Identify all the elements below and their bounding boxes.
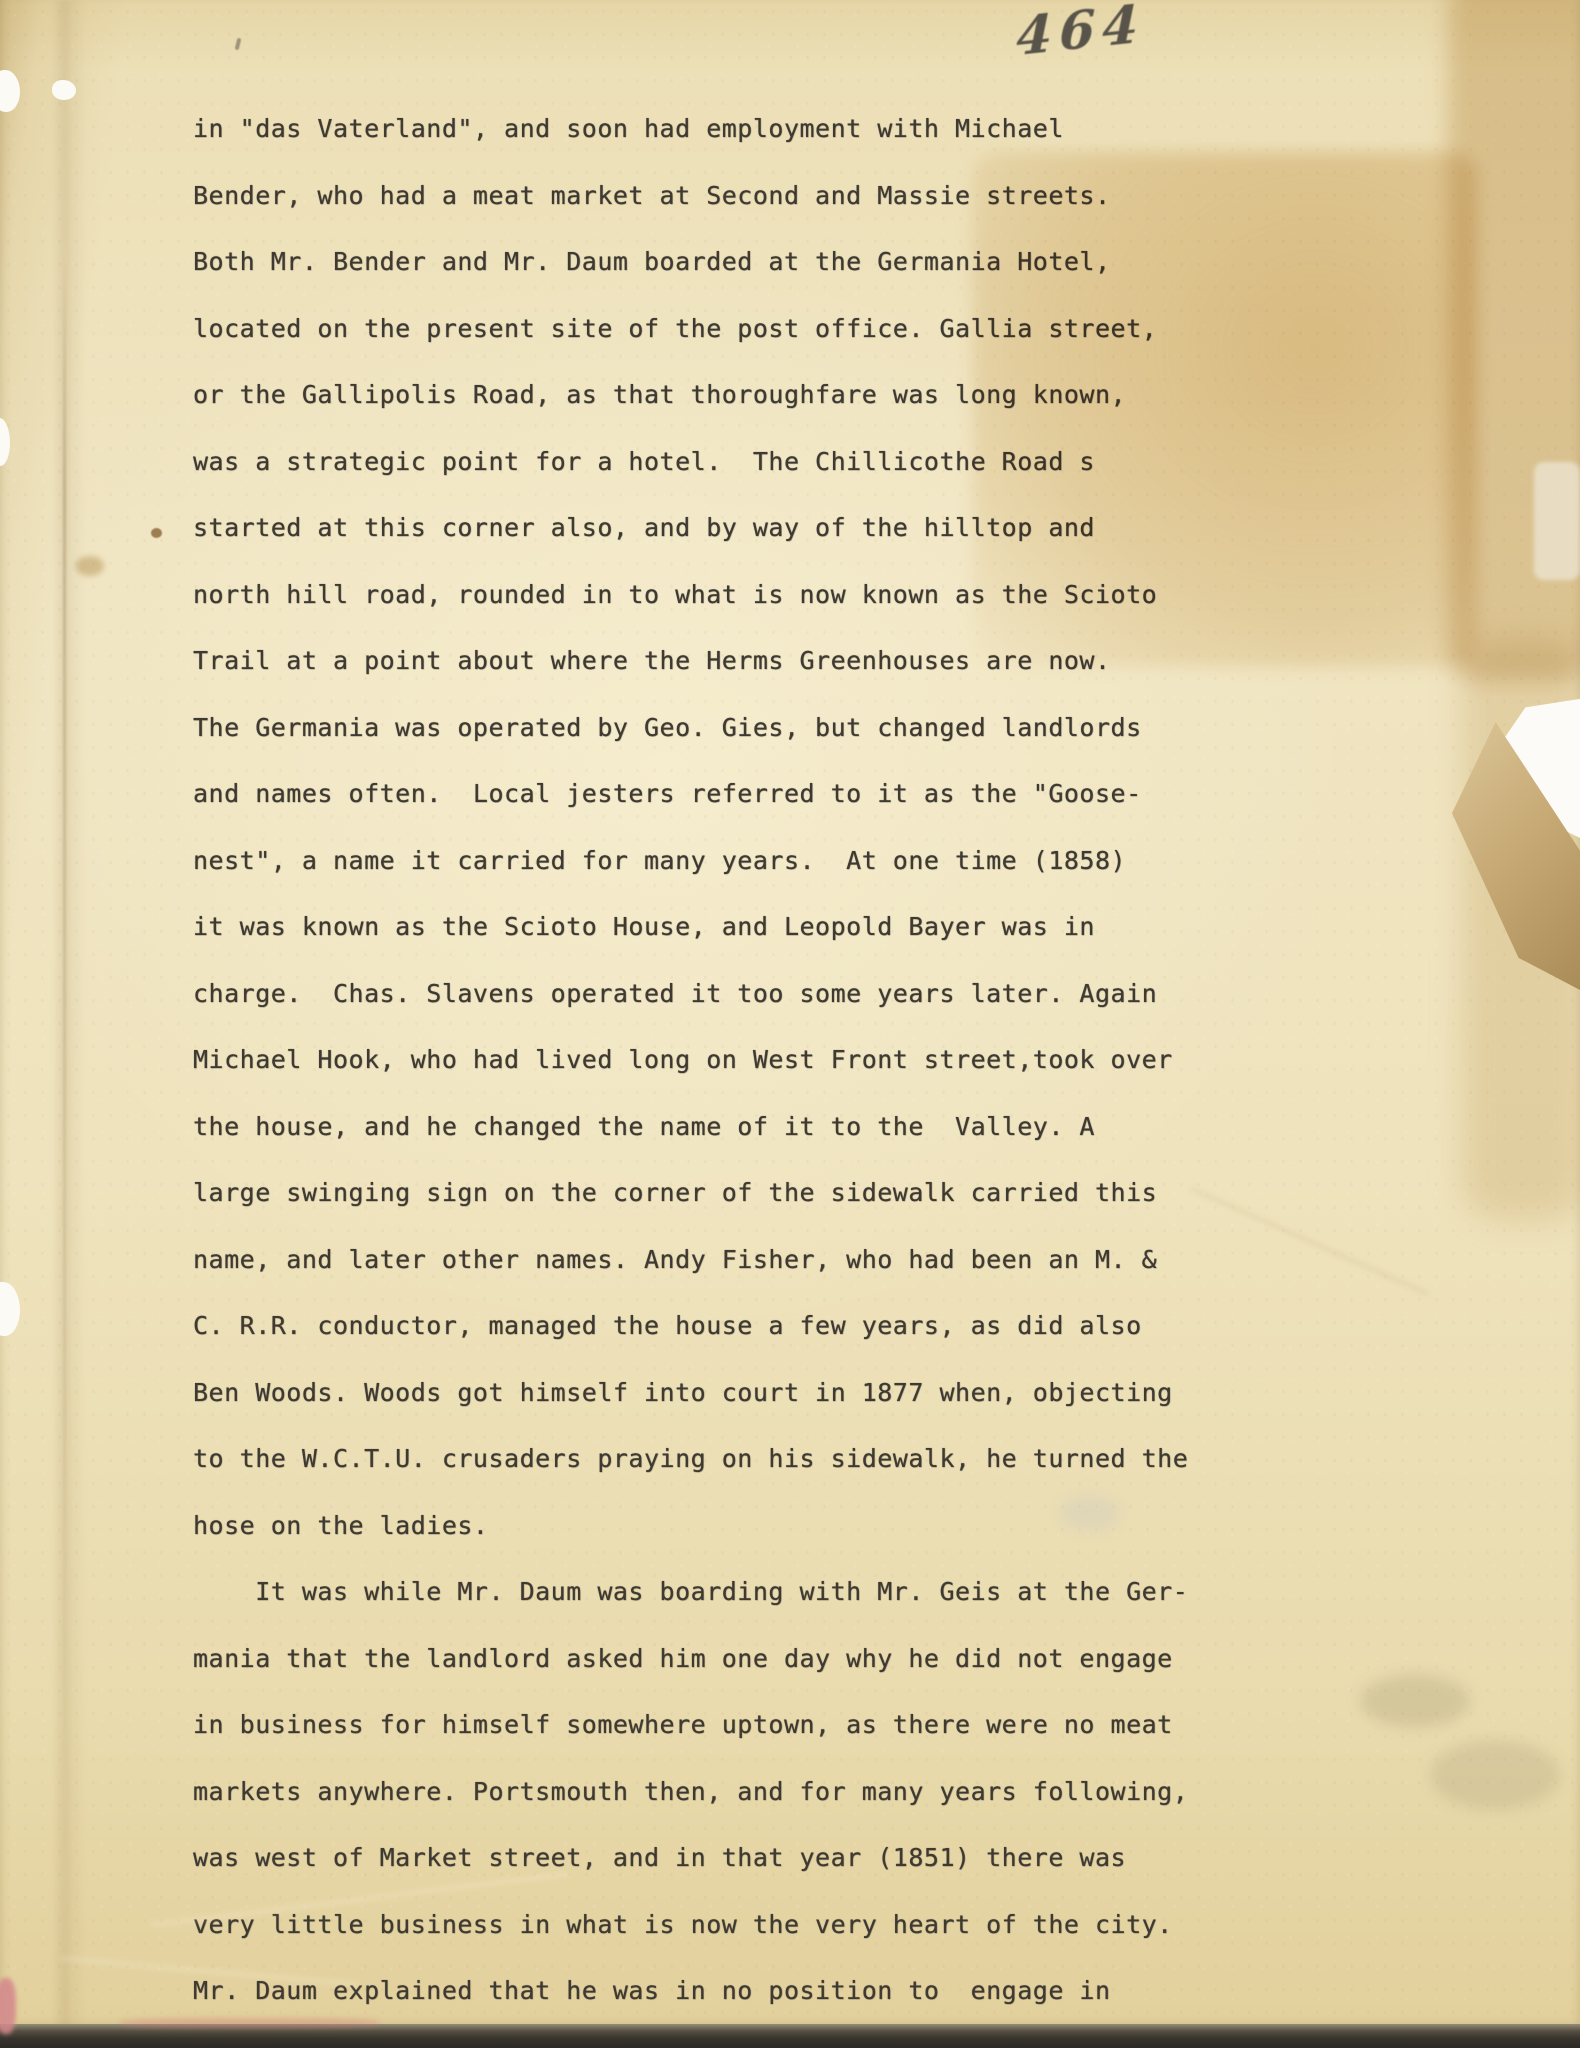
text-line: Bender, who had a meat market at Second … [193,163,1513,230]
smudge [1430,1740,1560,1810]
pink-smudge [120,2018,380,2028]
text-line: name, and later other names. Andy Fisher… [193,1227,1513,1294]
text-line: markets anywhere. Portsmouth then, and f… [193,1759,1513,1826]
text-line: it was known as the Scioto House, and Le… [193,894,1513,961]
text-line: charge. Chas. Slavens operated it too so… [193,961,1513,1028]
text-line: started at this corner also, and by way … [193,495,1513,562]
text-line: very little business in what is now the … [193,1892,1513,1959]
text-line: to the W.C.T.U. crusaders praying on his… [193,1426,1513,1493]
text-line: Michael Hook, who had lived long on West… [193,1027,1513,1094]
text-line: in business for himself somewhere uptown… [193,1692,1513,1759]
torn-edge-spot [0,70,20,112]
page-number-handwritten: 464 [1016,0,1146,68]
text-line: The Germania was operated by Geo. Gies, … [193,695,1513,762]
text-line: the house, and he changed the name of it… [193,1094,1513,1161]
torn-edge-spot [0,418,10,466]
ink-dot [151,528,162,538]
text-line: large swinging sign on the corner of the… [193,1160,1513,1227]
text-line: Both Mr. Bender and Mr. Daum boarded at … [193,229,1513,296]
text-line: or the Gallipolis Road, as that thorough… [193,362,1513,429]
text-line: located on the present site of the post … [193,296,1513,363]
paper-sheet: in "das Vaterland", and soon had employm… [0,0,1580,2032]
speck [235,38,242,51]
scanned-document: in "das Vaterland", and soon had employm… [0,0,1580,2048]
text-line: north hill road, rounded in to what is n… [193,562,1513,629]
text-line: mania that the landlord asked him one da… [193,1626,1513,1693]
text-line: Mr. Daum explained that he was in no pos… [193,1958,1513,2025]
text-line: C. R.R. conductor, managed the house a f… [193,1293,1513,1360]
text-line: in "das Vaterland", and soon had employm… [193,96,1513,163]
typewritten-text: in "das Vaterland", and soon had employm… [193,96,1513,2025]
text-line: was west of Market street, and in that y… [193,1825,1513,1892]
pink-smudge [0,1978,16,2034]
vertical-crease-line [63,260,66,1760]
text-line: was a strategic point for a hotel. The C… [193,429,1513,496]
paper-chip [1534,462,1580,580]
left-edge-crease [52,0,86,2032]
text-line: Ben Woods. Woods got himself into court … [193,1360,1513,1427]
text-line: and names often. Local jesters referred … [193,761,1513,828]
smudge [1360,1675,1470,1727]
torn-edge-spot [52,80,76,100]
torn-edge-spot [0,1282,20,1336]
text-line: hose on the ladies. [193,1493,1513,1560]
text-line: nest", a name it carried for many years.… [193,828,1513,895]
smudge [1060,1496,1120,1530]
text-line: Trail at a point about where the Herms G… [193,628,1513,695]
text-line: It was while Mr. Daum was boarding with … [193,1559,1513,1626]
